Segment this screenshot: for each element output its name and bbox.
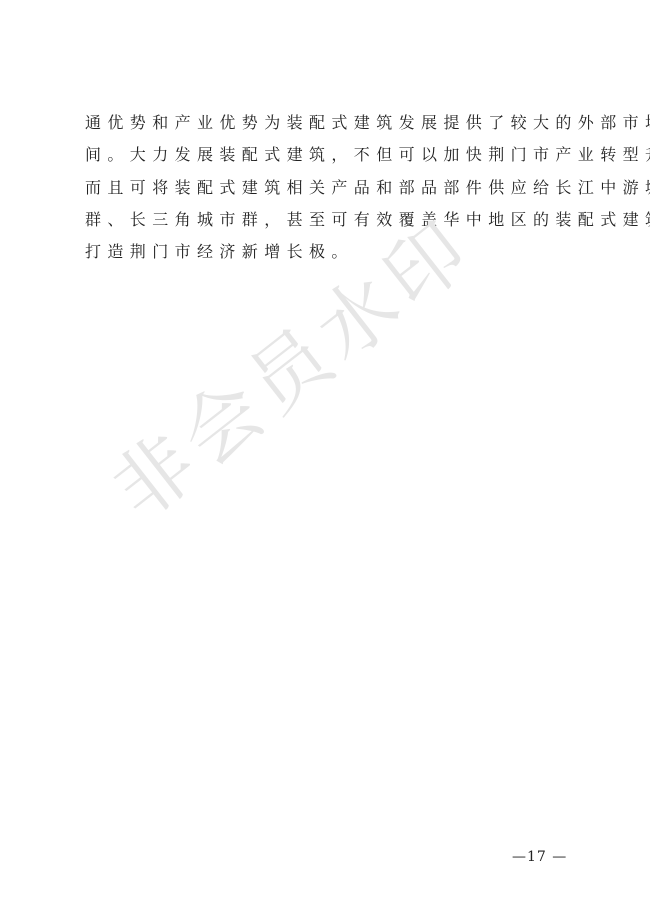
text-line: 打造荆门市经济新增长极。 xyxy=(85,239,575,271)
body-paragraph: 通优势和产业优势为装配式建筑发展提供了较大的外部市场空 间。大力发展装配式建筑，… xyxy=(85,110,575,271)
text-line: 通优势和产业优势为装配式建筑发展提供了较大的外部市场空 xyxy=(85,110,575,142)
text-line: 而且可将装配式建筑相关产品和部品部件供应给长江中游城市 xyxy=(85,175,575,207)
document-page: 通优势和产业优势为装配式建筑发展提供了较大的外部市场空 间。大力发展装配式建筑，… xyxy=(0,0,650,919)
text-line: 间。大力发展装配式建筑，不但可以加快荆门市产业转型升级， xyxy=(85,142,575,174)
page-number: —17 — xyxy=(512,849,567,865)
text-line: 群、长三角城市群，甚至可有效覆盖华中地区的装配式建筑市场， xyxy=(85,207,575,239)
